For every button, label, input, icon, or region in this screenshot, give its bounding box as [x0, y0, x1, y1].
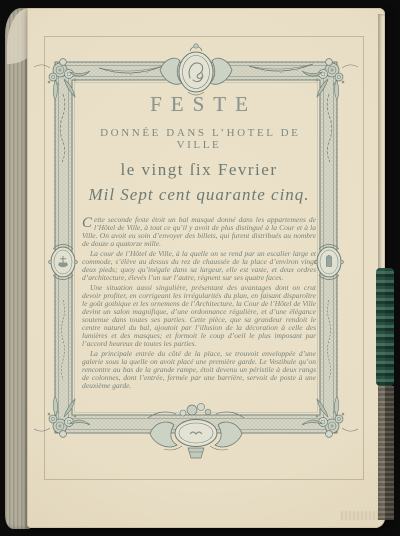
engraved-text-block: FESTE DONNÉE DANS L’HOTEL DE VILLE le vi…: [74, 92, 324, 392]
photograph-background: { "page": { "title": "FESTE", "subtitle"…: [0, 0, 400, 536]
paragraph-2: La cour de l’Hôtel de Ville, à la quelle…: [82, 250, 316, 282]
page-subtitle: DONNÉE DANS L’HOTEL DE VILLE: [74, 127, 324, 151]
book-fore-edge-pages: [378, 14, 394, 520]
monogram-cartouche: [160, 44, 232, 95]
marbled-edge-patch: [376, 268, 394, 386]
paragraph-4: La principale entrée du côté de la place…: [82, 350, 316, 390]
page-title: FESTE: [74, 92, 324, 117]
paragraph-3: Une situation aussi singulière, présenta…: [82, 284, 316, 348]
paragraph-1: Cette seconde feste étoit un bal masqué …: [82, 216, 316, 248]
book-page: FESTE DONNÉE DANS L’HOTEL DE VILLE le vi…: [27, 8, 385, 528]
body-text: Cette seconde feste étoit un bal masqué …: [82, 216, 316, 390]
shell-and-basket-cartouche: [148, 403, 244, 458]
lower-page-edges: [378, 386, 394, 520]
year-line: Mil Sept cent quarante cinq.: [74, 185, 324, 205]
date-line: le vingt ſix Fevrier: [74, 160, 324, 180]
